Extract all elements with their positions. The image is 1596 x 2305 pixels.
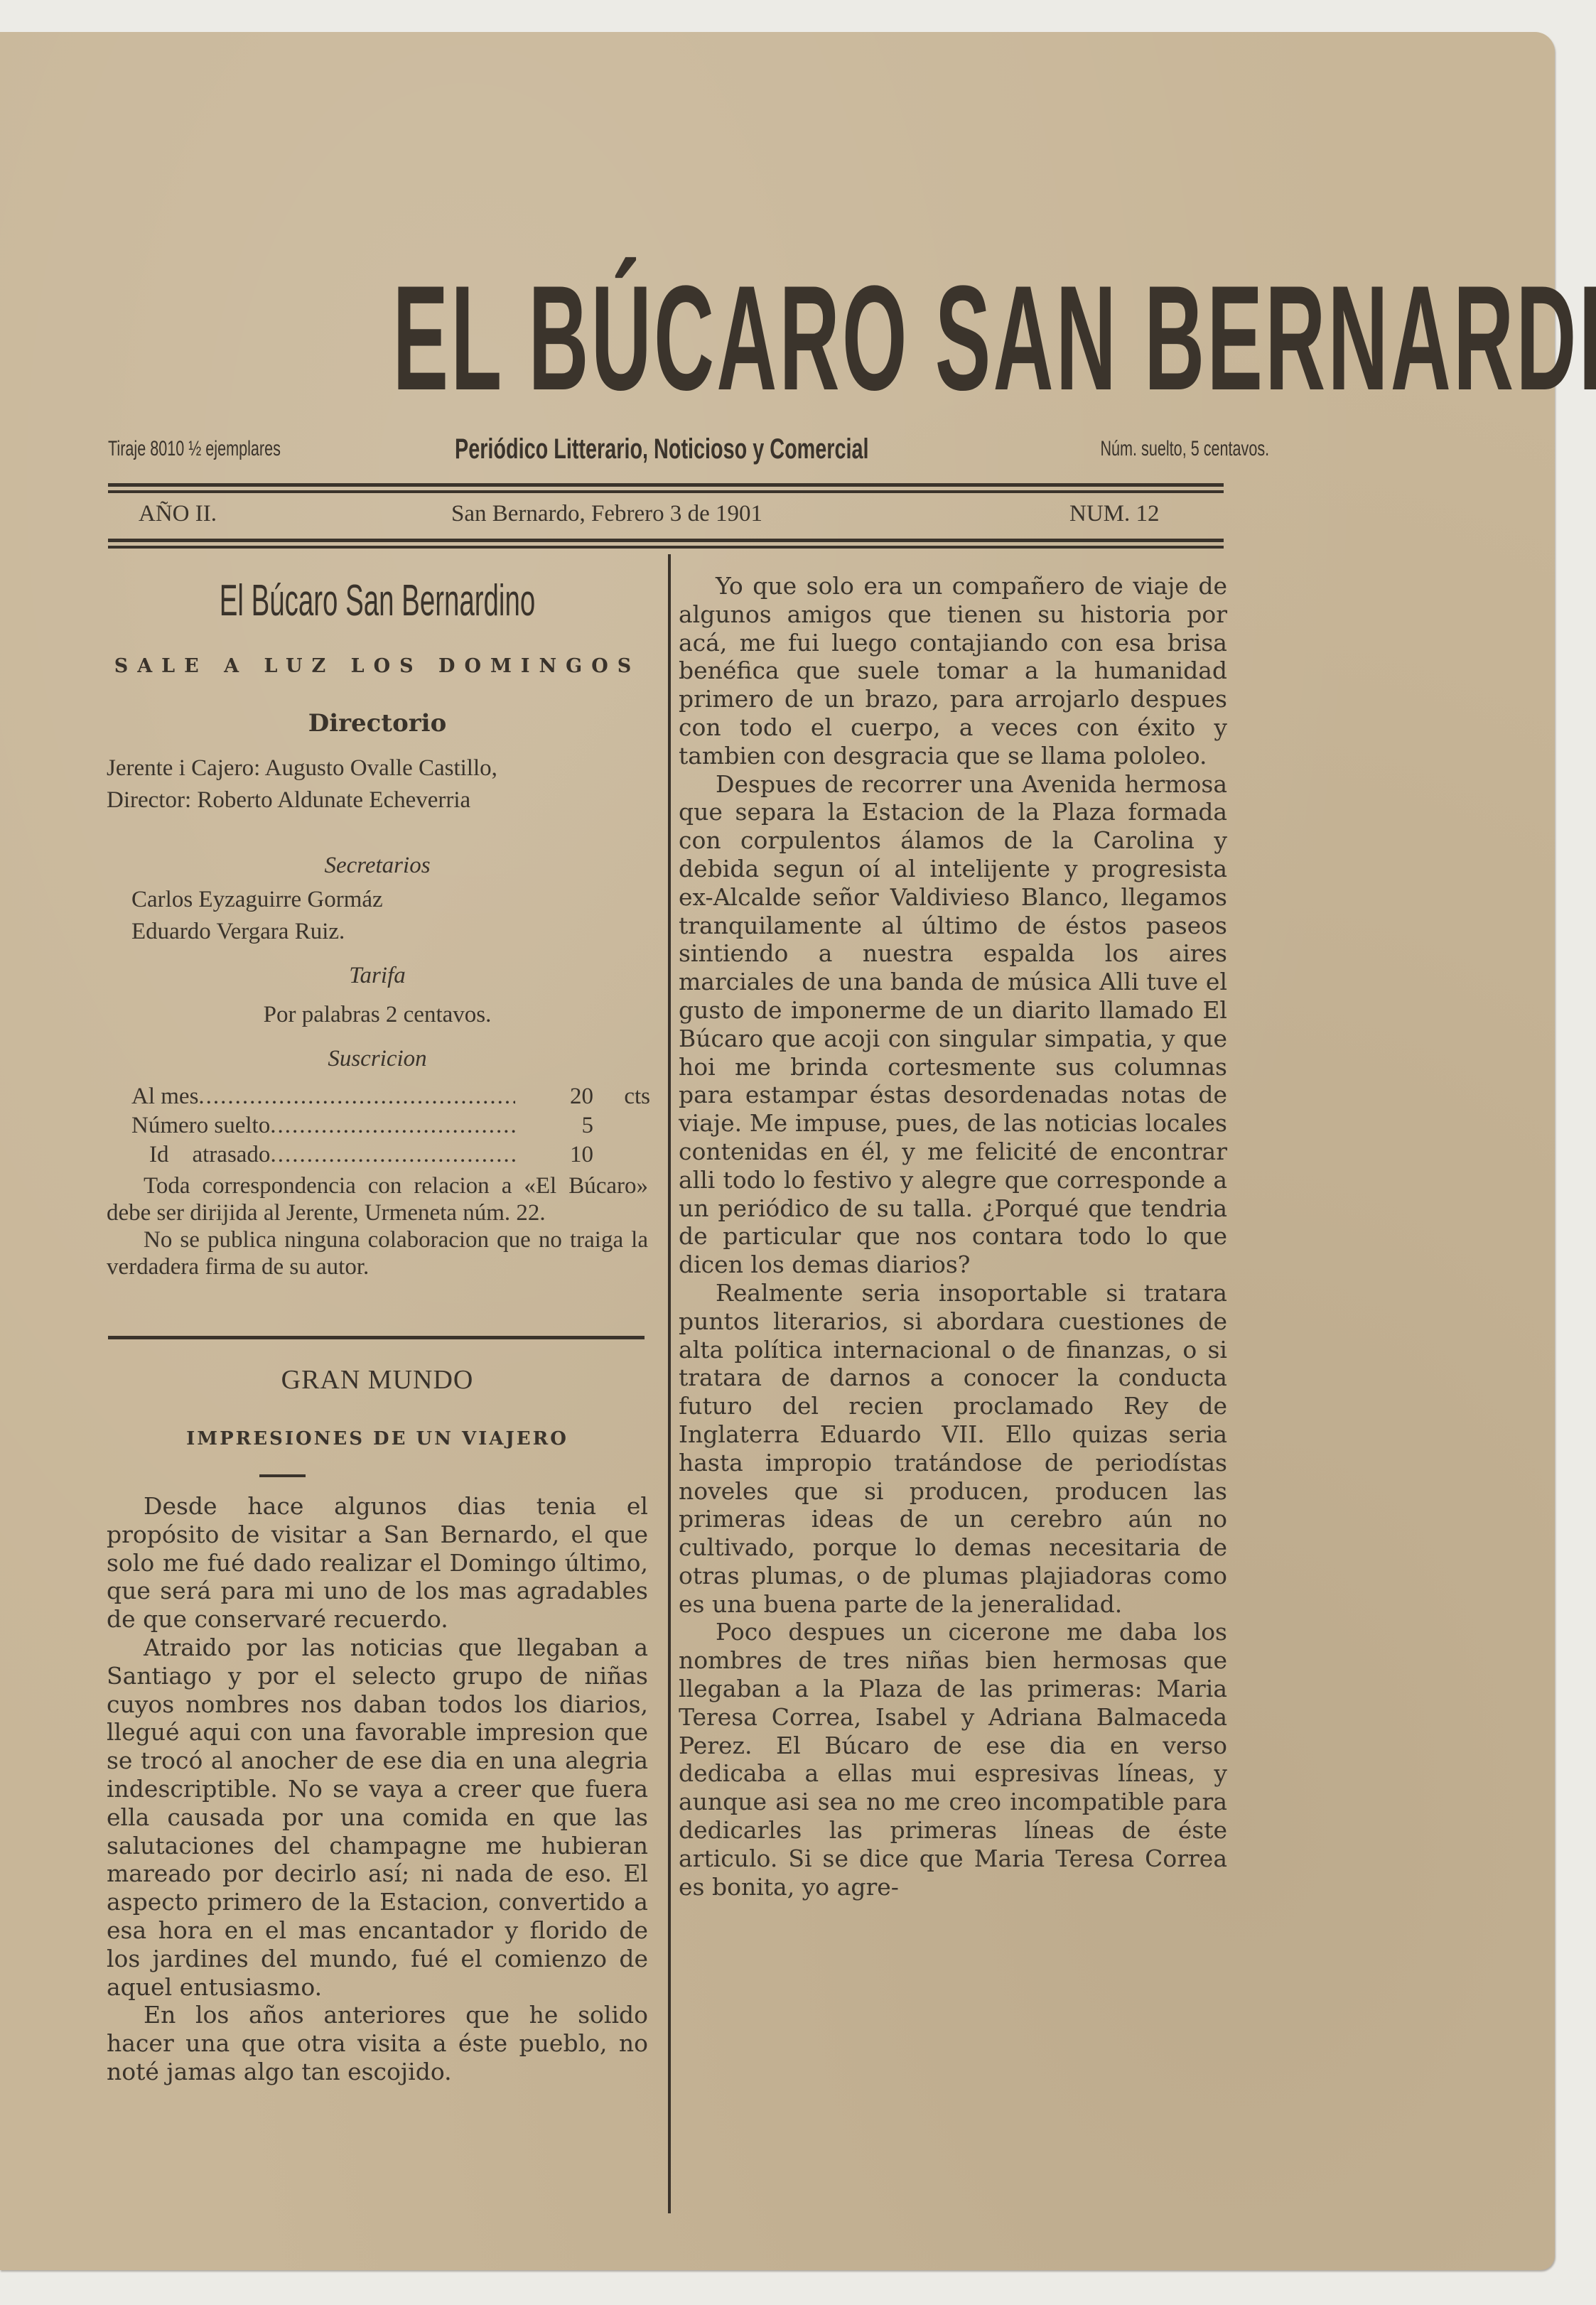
article-paragraph: Yo que solo era un compañero de viaje de… [679,572,1227,770]
headline-rule [259,1474,306,1477]
rate-unit: cts [593,1084,650,1110]
masthead-rule-top [108,483,1224,493]
secretaries-heading: Secretarios [107,853,648,879]
article-paragraph: Atraido por las noticias que llegaban a … [107,1634,648,2001]
secretary-2: Eduardo Vergara Ruiz. [131,919,345,945]
masthead-subtitle: Periódico Litterario, Noticioso y Comerc… [455,433,869,465]
masthead-rule-bottom [108,539,1224,549]
section-separator [108,1336,645,1339]
correspondence-notice: Toda correspondencia con relacion a «El … [107,1172,648,1226]
staff-director: Director: Roberto Aldunate Echeverria [107,787,470,814]
rate-label: Al mes [131,1084,198,1110]
leader-dots: ........................................… [198,1084,515,1110]
staff-manager: Jerente i Cajero: Augusto Ovalle Castill… [107,755,497,782]
section-heading: GRAN MUNDO [107,1364,648,1396]
article-headline: IMPRESIONES DE UN VIAJERO [107,1428,648,1450]
tariff-heading: Tarifa [107,963,648,989]
rate-value: 5 [515,1113,593,1139]
rate-unit [593,1113,650,1139]
subscription-heading: Suscricion [107,1046,648,1072]
article-paragraph: Despues de recorrer una Avenida hermosa … [679,770,1227,1279]
place-date: San Bernardo, Febrero 3 de 1901 [451,501,762,527]
rate-unit [593,1142,650,1168]
info-box-title: El Búcaro San Bernardino [210,576,545,626]
column-divider [668,554,671,2213]
circulation-note: Tiraje 8010 ½ ejemplares [108,437,281,461]
rate-value: 10 [515,1142,593,1168]
publication-frequency: SALE A LUZ LOS DOMINGOS [107,655,648,677]
subscription-row: Número suelto ..........................… [131,1113,650,1139]
subscription-row: Al mes .................................… [131,1084,650,1110]
article-paragraph: En los años anteriores que he solido hac… [107,2001,648,2085]
article-left-column: Desde hace algunos dias tenia el propósi… [107,1492,648,2086]
article-paragraph: Poco despues un cicerone me daba los nom… [679,1618,1227,1901]
rate-label: Número suelto [131,1113,270,1139]
masthead-title: EL BÚCARO SAN BERNARDINO [393,261,962,414]
article-paragraph: Desde hace algunos dias tenia el propósi… [107,1492,648,1634]
article-paragraph: Realmente seria insoportable si tratara … [679,1279,1227,1619]
subscription-row: Id atrasado ............................… [149,1142,650,1168]
leader-dots: ........................................… [270,1142,515,1168]
issue-number: NUM. 12 [1069,501,1160,527]
info-notices: Toda correspondencia con relacion a «El … [107,1172,648,1280]
article-right-column: Yo que solo era un compañero de viaje de… [679,572,1227,1901]
rate-value: 20 [515,1084,593,1110]
directory-heading: Directorio [107,709,648,738]
tariff-text: Por palabras 2 centavos. [107,1002,648,1028]
year-label: AÑO II. [139,501,217,527]
secretary-1: Carlos Eyzaguirre Gormáz [131,887,383,913]
price-note: Núm. suelto, 5 centavos. [1100,437,1269,461]
rate-label: Id atrasado [149,1142,270,1168]
leader-dots: ........................................… [270,1113,515,1139]
signature-notice: No se publica ninguna colaboracion que n… [107,1226,648,1280]
